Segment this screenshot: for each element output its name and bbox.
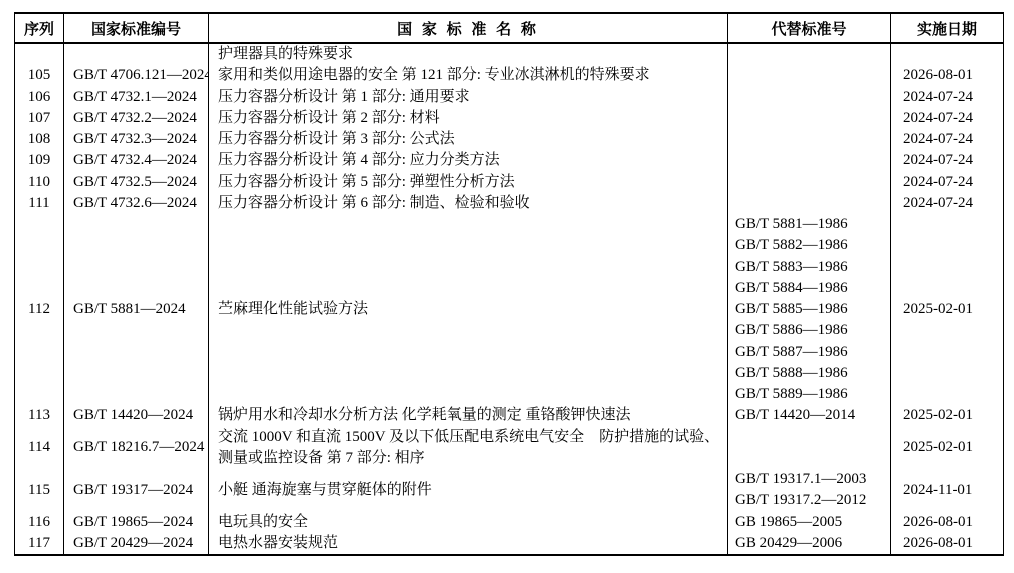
serial-cell: 108 <box>15 129 64 150</box>
date-cell: 2025-02-01 <box>891 427 1004 470</box>
replaced-standard: GB/T 5885—1986 <box>735 299 890 320</box>
replaced-cell <box>728 129 891 150</box>
serial-cell: 110 <box>15 172 64 193</box>
replaced-standard: GB 20429—2006 <box>735 533 890 554</box>
replaced-cell: GB/T 19317.1—2003 GB/T 19317.2—2012 <box>728 469 891 512</box>
code-cell: GB/T 4706.121—2024 <box>64 65 209 86</box>
table-row: 109 GB/T 4732.4—2024 压力容器分析设计 第 4 部分: 应力… <box>15 150 1004 171</box>
name-cell: 苎麻理化性能试验方法 <box>209 214 728 405</box>
name-cell: 小艇 通海旋塞与贯穿艇体的附件 <box>209 469 728 512</box>
table-row: 114 GB/T 18216.7—2024 交流 1000V 和直流 1500V… <box>15 427 1004 470</box>
date-cell: 2026-08-01 <box>891 65 1004 86</box>
header-name: 国 家 标 准 名 称 <box>209 13 728 43</box>
date-cell: 2026-08-01 <box>891 533 1004 555</box>
replaced-standard: GB/T 5881—1986 <box>735 214 890 235</box>
name-cell: 锅炉用水和冷却水分析方法 化学耗氧量的测定 重铬酸钾快速法 <box>209 405 728 426</box>
serial-cell: 106 <box>15 87 64 108</box>
serial-cell: 114 <box>15 427 64 470</box>
table-row: 111 GB/T 4732.6—2024 压力容器分析设计 第 6 部分: 制造… <box>15 193 1004 214</box>
code-cell: GB/T 20429—2024 <box>64 533 209 555</box>
replaced-standard: GB/T 5889—1986 <box>735 384 890 405</box>
serial-cell: 105 <box>15 65 64 86</box>
table-row: 110 GB/T 4732.5—2024 压力容器分析设计 第 5 部分: 弹塑… <box>15 172 1004 193</box>
replaced-cell <box>728 150 891 171</box>
name-cell: 电热水器安装规范 <box>209 533 728 555</box>
replaced-standard: GB/T 14420—2014 <box>735 405 890 426</box>
name-cell: 压力容器分析设计 第 3 部分: 公式法 <box>209 129 728 150</box>
date-cell: 2025-02-01 <box>891 405 1004 426</box>
header-code: 国家标准编号 <box>64 13 209 43</box>
code-cell: GB/T 19865—2024 <box>64 512 209 533</box>
replaced-cell: GB/T 5881—1986 GB/T 5882—1986 GB/T 5883—… <box>728 214 891 405</box>
serial-cell: 107 <box>15 108 64 129</box>
replaced-standard: GB/T 19317.1—2003 <box>735 469 890 490</box>
replaced-cell: GB 19865—2005 <box>728 512 891 533</box>
replaced-standard: GB/T 5884—1986 <box>735 278 890 299</box>
replaced-cell <box>728 65 891 86</box>
date-cell: 2024-07-24 <box>891 108 1004 129</box>
name-cell: 压力容器分析设计 第 2 部分: 材料 <box>209 108 728 129</box>
header-serial: 序列 <box>15 13 64 43</box>
table-row: 117 GB/T 20429—2024 电热水器安装规范 GB 20429—20… <box>15 533 1004 555</box>
replaced-cell <box>728 108 891 129</box>
code-cell: GB/T 5881—2024 <box>64 214 209 405</box>
table-header-row: 序列 国家标准编号 国 家 标 准 名 称 代替标准号 实施日期 <box>15 13 1004 43</box>
date-cell: 2024-07-24 <box>891 129 1004 150</box>
replaced-cell <box>728 43 891 65</box>
document-page: 序列 国家标准编号 国 家 标 准 名 称 代替标准号 实施日期 护理器具的特殊… <box>0 0 1014 573</box>
serial-cell: 113 <box>15 405 64 426</box>
name-cell: 交流 1000V 和直流 1500V 及以下低压配电系统电气安全 防护措施的试验… <box>209 427 728 470</box>
name-cell: 电玩具的安全 <box>209 512 728 533</box>
date-cell: 2026-08-01 <box>891 512 1004 533</box>
table-row: 116 GB/T 19865—2024 电玩具的安全 GB 19865—2005… <box>15 512 1004 533</box>
standards-table: 序列 国家标准编号 国 家 标 准 名 称 代替标准号 实施日期 护理器具的特殊… <box>14 12 1004 556</box>
replaced-cell: GB/T 14420—2014 <box>728 405 891 426</box>
replaced-standard: GB/T 5882—1986 <box>735 235 890 256</box>
header-replaced: 代替标准号 <box>728 13 891 43</box>
replaced-cell <box>728 193 891 214</box>
code-cell: GB/T 4732.1—2024 <box>64 87 209 108</box>
replaced-standard: GB/T 5888—1986 <box>735 363 890 384</box>
table-row: 107 GB/T 4732.2—2024 压力容器分析设计 第 2 部分: 材料… <box>15 108 1004 129</box>
replaced-standard: GB 19865—2005 <box>735 512 890 533</box>
code-cell: GB/T 4732.6—2024 <box>64 193 209 214</box>
code-cell: GB/T 18216.7—2024 <box>64 427 209 470</box>
date-cell: 2024-07-24 <box>891 172 1004 193</box>
date-cell: 2025-02-01 <box>891 214 1004 405</box>
date-cell: 2024-07-24 <box>891 87 1004 108</box>
serial-cell: 116 <box>15 512 64 533</box>
table-row: 护理器具的特殊要求 <box>15 43 1004 65</box>
serial-cell: 117 <box>15 533 64 555</box>
replaced-standard: GB/T 5886—1986 <box>735 320 890 341</box>
name-cell: 压力容器分析设计 第 1 部分: 通用要求 <box>209 87 728 108</box>
table-row: 112 GB/T 5881—2024 苎麻理化性能试验方法 GB/T 5881—… <box>15 214 1004 405</box>
replaced-cell <box>728 427 891 470</box>
table-row: 105 GB/T 4706.121—2024 家用和类似用途电器的安全 第 12… <box>15 65 1004 86</box>
table-row: 115 GB/T 19317—2024 小艇 通海旋塞与贯穿艇体的附件 GB/T… <box>15 469 1004 512</box>
serial-cell: 109 <box>15 150 64 171</box>
code-cell: GB/T 14420—2024 <box>64 405 209 426</box>
name-cell: 护理器具的特殊要求 <box>209 43 728 65</box>
replaced-standard: GB/T 5887—1986 <box>735 342 890 363</box>
table-row: 106 GB/T 4732.1—2024 压力容器分析设计 第 1 部分: 通用… <box>15 87 1004 108</box>
code-cell: GB/T 4732.2—2024 <box>64 108 209 129</box>
replaced-cell: GB 20429—2006 <box>728 533 891 555</box>
code-cell: GB/T 4732.5—2024 <box>64 172 209 193</box>
table-row: 113 GB/T 14420—2024 锅炉用水和冷却水分析方法 化学耗氧量的测… <box>15 405 1004 426</box>
code-cell: GB/T 4732.4—2024 <box>64 150 209 171</box>
replaced-cell <box>728 87 891 108</box>
name-cell: 压力容器分析设计 第 5 部分: 弹塑性分析方法 <box>209 172 728 193</box>
code-cell <box>64 43 209 65</box>
date-cell: 2024-07-24 <box>891 150 1004 171</box>
replaced-standard: GB/T 5883—1986 <box>735 257 890 278</box>
code-cell: GB/T 4732.3—2024 <box>64 129 209 150</box>
name-cell: 压力容器分析设计 第 6 部分: 制造、检验和验收 <box>209 193 728 214</box>
replaced-cell <box>728 172 891 193</box>
replaced-standard: GB/T 19317.2—2012 <box>735 490 890 511</box>
name-cell: 家用和类似用途电器的安全 第 121 部分: 专业冰淇淋机的特殊要求 <box>209 65 728 86</box>
name-cell: 压力容器分析设计 第 4 部分: 应力分类方法 <box>209 150 728 171</box>
serial-cell: 111 <box>15 193 64 214</box>
code-cell: GB/T 19317—2024 <box>64 469 209 512</box>
date-cell: 2024-07-24 <box>891 193 1004 214</box>
date-cell: 2024-11-01 <box>891 469 1004 512</box>
serial-cell <box>15 43 64 65</box>
serial-cell: 112 <box>15 214 64 405</box>
table-row: 108 GB/T 4732.3—2024 压力容器分析设计 第 3 部分: 公式… <box>15 129 1004 150</box>
header-date: 实施日期 <box>891 13 1004 43</box>
date-cell <box>891 43 1004 65</box>
serial-cell: 115 <box>15 469 64 512</box>
